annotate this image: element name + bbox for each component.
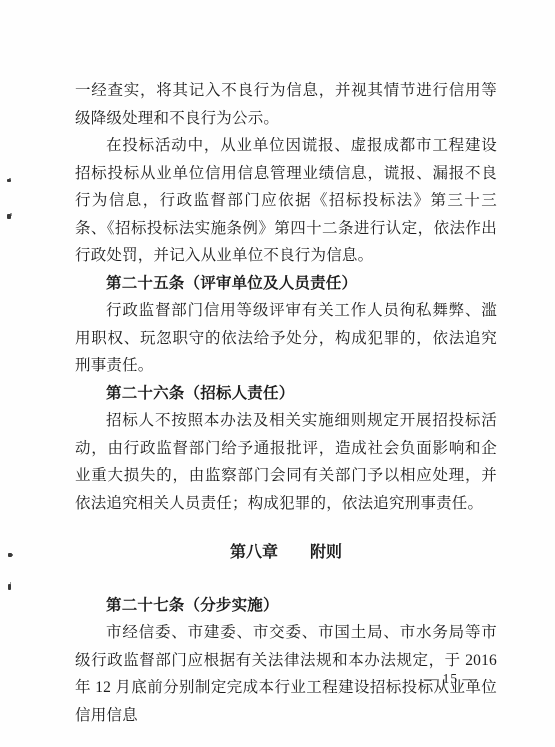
- chapter-heading: 第八章 附则: [75, 539, 497, 567]
- scan-speck: [7, 214, 11, 219]
- article-heading: 第二十七条（分步实施）: [75, 592, 497, 620]
- article-heading: 第二十五条（评审单位及人员责任）: [75, 270, 497, 298]
- body-paragraph: 招标人不按照本办法及相关实施细则规定开展招投标活动，由行政监督部门给予通报批评，…: [75, 407, 497, 517]
- scan-speck: [8, 553, 12, 557]
- document-body: 一经查实，将其记入不良行为信息，并视其情节进行信用等级降级处理和不良行为公示。在…: [75, 77, 497, 729]
- page-number: — 15 —: [424, 671, 477, 687]
- scan-speck: [8, 584, 11, 590]
- body-paragraph: 行政监督部门信用等级评审有关工作人员徇私舞弊、滥用职权、玩忽职守的依法给予处分，…: [75, 297, 497, 380]
- body-paragraph: 一经查实，将其记入不良行为信息，并视其情节进行信用等级降级处理和不良行为公示。: [75, 77, 497, 132]
- article-heading: 第二十六条（招标人责任）: [75, 380, 497, 408]
- body-paragraph: 在投标活动中，从业单位因谎报、虚报成都市工程建设招标投标从业单位信用信息管理业绩…: [75, 132, 497, 270]
- document-page: 一经查实，将其记入不良行为信息，并视其情节进行信用等级降级处理和不良行为公示。在…: [0, 0, 555, 747]
- scan-speck: [7, 179, 11, 182]
